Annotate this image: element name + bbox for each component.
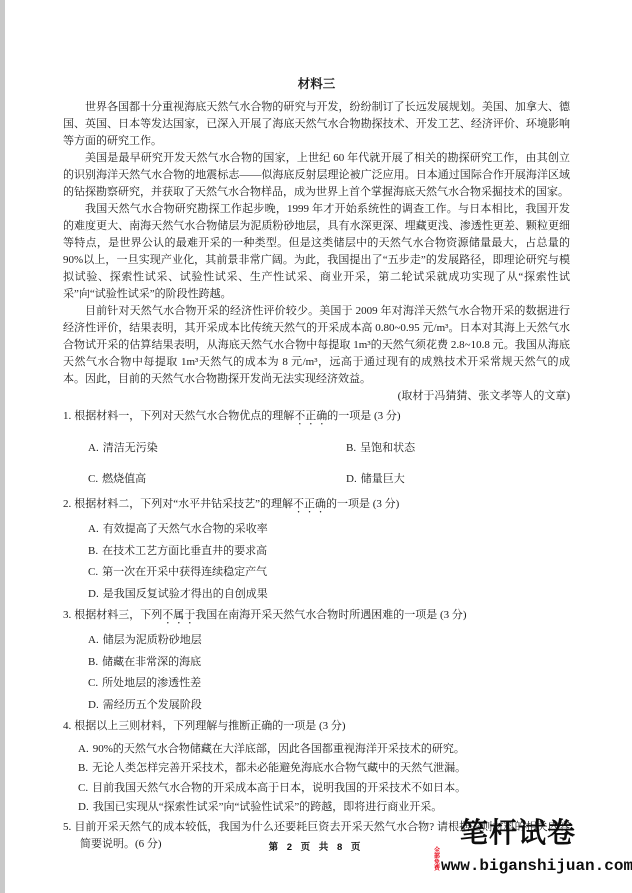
option-text: 储层为泥质粉砂地层 <box>103 634 202 646</box>
option-b: B.储藏在非常深的海底 <box>88 654 570 671</box>
option-label: B. <box>88 656 102 668</box>
stem-emphasized-text: 不正确 <box>294 410 327 422</box>
watermark-url-text: www.biganshijuan.com <box>441 857 632 875</box>
watermark-free-badge: 全部免费 <box>434 848 440 872</box>
option-label: D. <box>78 801 93 813</box>
stem-emphasized-text: 不属于 <box>162 609 195 621</box>
stem-text: 的一项是 (3 分) <box>327 410 400 422</box>
option-label: A. <box>88 442 103 454</box>
stem-text: 我国在南海开采天然气水合物时所遇困难的一项是 (3 分) <box>195 609 466 621</box>
option-c: C.燃烧值高 <box>88 471 346 488</box>
stem-text: 根据材料三，下列 <box>74 609 162 621</box>
option-text: 储藏在非常深的海底 <box>102 656 201 668</box>
option-d: D.是我国反复试验才得出的自创成果 <box>88 586 570 603</box>
question-1-options: A.清洁无污染 B.呈饱和状态 C.燃烧值高 D.储量巨大 <box>63 435 570 492</box>
option-label: C. <box>88 677 102 689</box>
option-label: A. <box>88 634 103 646</box>
question-3: 3.根据材料三，下列不属于我国在南海开采天然气水合物时所遇困难的一项是 (3 分… <box>63 607 570 714</box>
option-label: C. <box>88 566 102 578</box>
option-text: 无论人类怎样完善开采技术，都未必能避免海底水合物气藏中的天然气泄漏。 <box>92 762 466 774</box>
option-d: D.储量巨大 <box>346 471 570 488</box>
option-label: B. <box>88 545 102 557</box>
stem-text: 的一项是 (3 分) <box>326 498 399 510</box>
page-content: 材料三 世界各国都十分重视海底天然气水合物的研究与开发，纷纷制订了长远发展规划。… <box>63 76 570 853</box>
option-text: 所处地层的渗透性差 <box>102 677 201 689</box>
option-text: 目前我国天然气水合物的开采成本高于日本，说明我国的开采技术不如日本。 <box>92 782 466 794</box>
paragraph-4: 目前针对天然气水合物开采的经济性评价较少。美国于 2009 年对海洋天然气水合物… <box>63 303 570 388</box>
option-text: 90%的天然气水合物储藏在大洋底部，因此各国都重视海洋开采技术的研究。 <box>93 743 465 755</box>
option-c: C.目前我国天然气水合物的开采成本高于日本，说明我国的开采技术不如日本。 <box>78 780 570 797</box>
option-label: B. <box>346 442 360 454</box>
option-text: 第一次在开采中获得连续稳定产气 <box>102 566 267 578</box>
option-label: A. <box>88 523 103 535</box>
question-4: 4.根据以上三则材料，下列理解与推断正确的一项是 (3 分) A.90%的天然气… <box>63 718 570 816</box>
option-label: C. <box>78 782 92 794</box>
option-label: D. <box>88 588 103 600</box>
question-number: 2. <box>63 498 74 510</box>
stem-emphasized-text: 不正确 <box>293 498 326 510</box>
option-a: A.90%的天然气水合物储藏在大洋底部，因此各国都重视海洋开采技术的研究。 <box>78 741 570 758</box>
option-d: D.我国已实现从“探索性试采”向“试验性试采”的跨越，即将进行商业开采。 <box>78 799 570 816</box>
paragraph-2: 美国是最早研究开发天然气水合物的国家，上世纪 60 年代就开展了相关的勘探研究工… <box>63 150 570 201</box>
paragraph-1: 世界各国都十分重视海底天然气水合物的研究与开发，纷纷制订了长远发展规划。美国、加… <box>63 99 570 150</box>
page-left-edge <box>0 0 5 893</box>
question-1: 1.根据材料一，下列对天然气水合物优点的理解不正确的一项是 (3 分) A.清洁… <box>63 408 570 492</box>
option-text: 在技术工艺方面比垂直井的要求高 <box>102 545 267 557</box>
option-text: 储量巨大 <box>361 473 405 485</box>
option-b: B.无论人类怎样完善开采技术，都未必能避免海底水合物气藏中的天然气泄漏。 <box>78 760 570 777</box>
question-4-options: A.90%的天然气水合物储藏在大洋底部，因此各国都重视海洋开采技术的研究。 B.… <box>63 741 570 817</box>
option-text: 我国已实现从“探索性试采”向“试验性试采”的跨越，即将进行商业开采。 <box>93 801 443 813</box>
option-c: C.所处地层的渗透性差 <box>88 675 570 692</box>
option-text: 是我国反复试验才得出的自创成果 <box>103 588 268 600</box>
option-b: B.在技术工艺方面比垂直井的要求高 <box>88 543 570 560</box>
option-text: 燃烧值高 <box>102 473 146 485</box>
option-label: D. <box>346 473 361 485</box>
option-text: 呈饱和状态 <box>360 442 415 454</box>
material-heading: 材料三 <box>63 76 570 93</box>
question-2: 2.根据材料二，下列对“水平井钻采技艺”的理解不正确的一项是 (3 分) A.有… <box>63 496 570 603</box>
option-a: A.储层为泥质粉砂地层 <box>88 632 570 649</box>
option-a: A.有效提高了天然气水合物的采收率 <box>88 521 570 538</box>
stem-text: 根据材料一，下列对天然气水合物优点的理解 <box>74 410 294 422</box>
stem-text: 根据以上三则材料，下列理解与推断正确的一项是 (3 分) <box>74 720 345 732</box>
watermark: 笔杆试卷 全部免费 www.biganshijuan.com <box>434 818 630 875</box>
watermark-brand-text: 笔杆试卷 <box>460 818 630 848</box>
question-2-stem: 2.根据材料二，下列对“水平井钻采技艺”的理解不正确的一项是 (3 分) <box>63 496 570 516</box>
question-1-stem: 1.根据材料一，下列对天然气水合物优点的理解不正确的一项是 (3 分) <box>63 408 570 428</box>
question-number: 5. <box>63 821 74 833</box>
exam-paper-page: 材料三 世界各国都十分重视海底天然气水合物的研究与开发，纷纷制订了长远发展规划。… <box>0 0 632 893</box>
source-attribution: (取材于冯猜猜、张文孝等人的文章) <box>63 388 570 405</box>
question-number: 3. <box>63 609 74 621</box>
option-label: D. <box>88 699 103 711</box>
option-text: 有效提高了天然气水合物的采收率 <box>103 523 268 535</box>
question-3-stem: 3.根据材料三，下列不属于我国在南海开采天然气水合物时所遇困难的一项是 (3 分… <box>63 607 570 627</box>
option-label: C. <box>88 473 102 485</box>
question-4-stem: 4.根据以上三则材料，下列理解与推断正确的一项是 (3 分) <box>63 718 570 738</box>
option-text: 清洁无污染 <box>103 442 158 454</box>
option-label: B. <box>78 762 92 774</box>
question-2-options: A.有效提高了天然气水合物的采收率 B.在技术工艺方面比垂直井的要求高 C.第一… <box>63 521 570 603</box>
watermark-url-row: 全部免费 www.biganshijuan.com <box>434 848 630 875</box>
option-text: 需经历五个发展阶段 <box>103 699 202 711</box>
option-label: A. <box>78 743 93 755</box>
stem-text: 根据材料二，下列对“水平井钻采技艺”的理解 <box>74 498 293 510</box>
option-d: D.需经历五个发展阶段 <box>88 697 570 714</box>
option-b: B.呈饱和状态 <box>346 440 570 457</box>
option-a: A.清洁无污染 <box>88 440 346 457</box>
option-c: C.第一次在开采中获得连续稳定产气 <box>88 564 570 581</box>
question-3-options: A.储层为泥质粉砂地层 B.储藏在非常深的海底 C.所处地层的渗透性差 D.需经… <box>63 632 570 714</box>
paragraph-3: 我国天然气水合物研究勘探工作起步晚，1999 年才开始系统性的调查工作。与日本相… <box>63 201 570 303</box>
question-number: 1. <box>63 410 74 422</box>
question-number: 4. <box>63 720 74 732</box>
